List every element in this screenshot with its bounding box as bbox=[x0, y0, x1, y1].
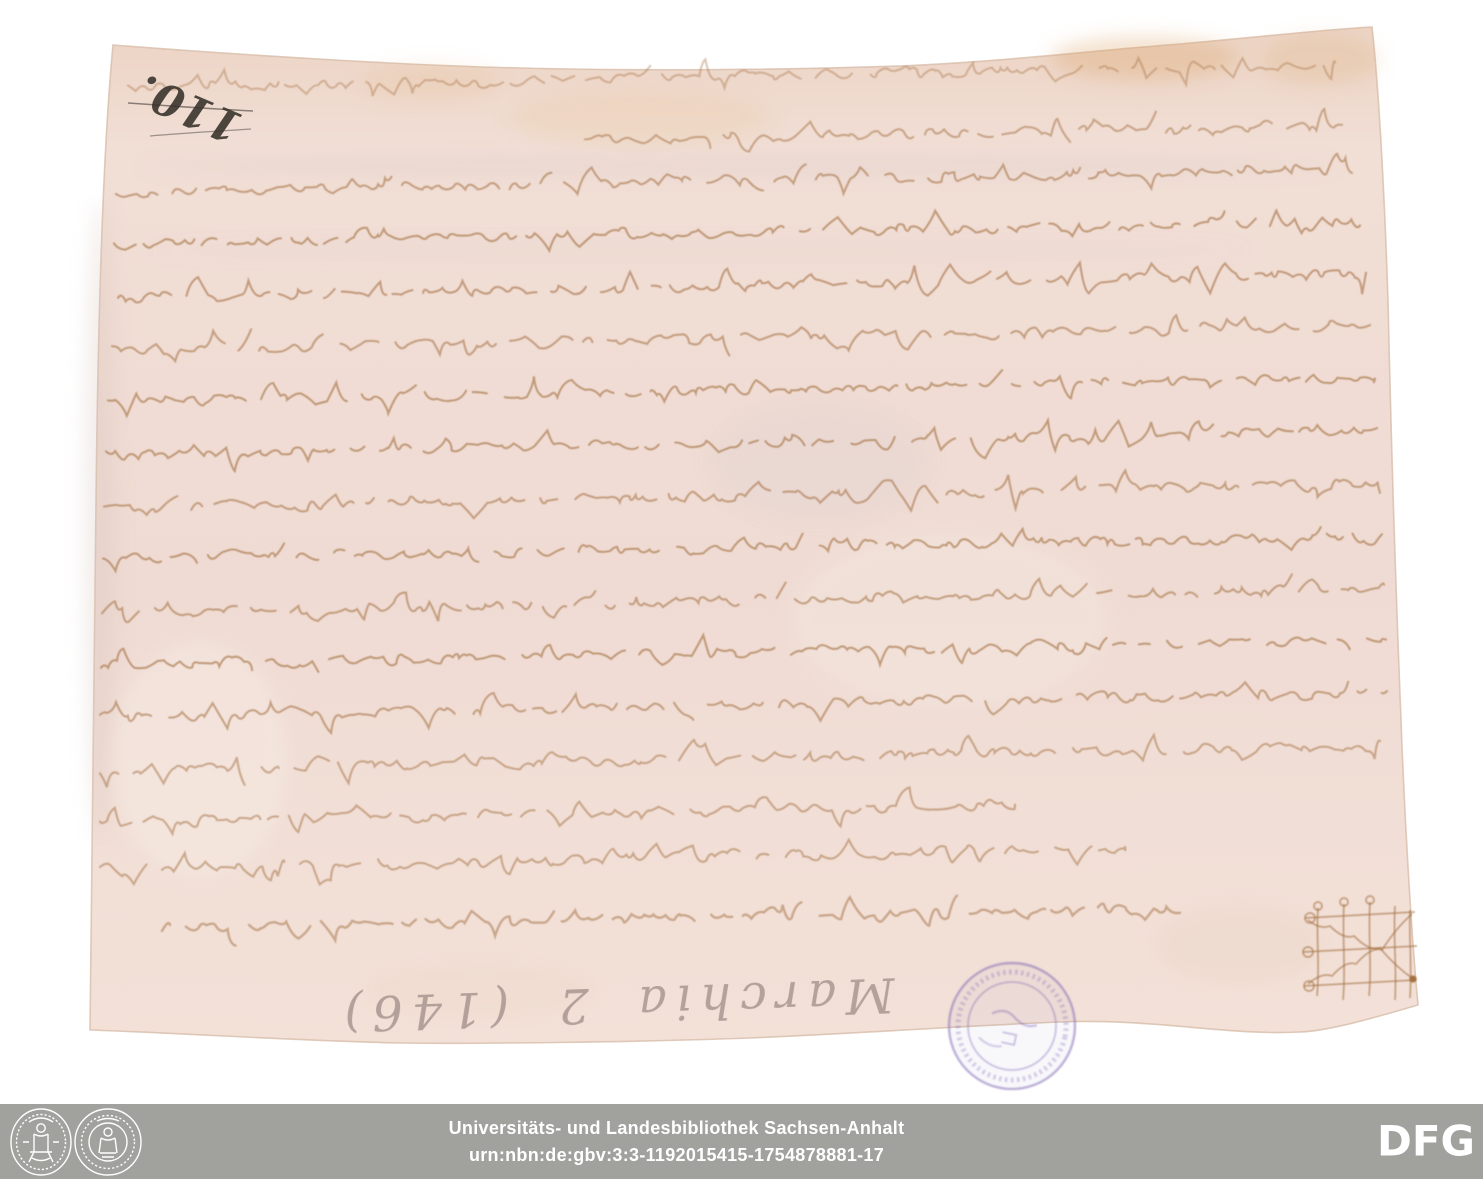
scan-canvas: 110. bbox=[0, 0, 1483, 1104]
urn-identifier: urn:nbn:de:gbv:3:3-1192015415-1754878881… bbox=[469, 1142, 884, 1169]
dfg-logo: DFG bbox=[1377, 1116, 1475, 1165]
metadata-footer: Universitäts- und Landesbibliothek Sachs… bbox=[0, 1104, 1483, 1179]
parchment-sheet: 110. bbox=[84, 27, 1418, 1043]
library-name: Universitäts- und Landesbibliothek Sachs… bbox=[449, 1115, 905, 1142]
scan-viewer-page: 110. bbox=[0, 0, 1483, 1179]
